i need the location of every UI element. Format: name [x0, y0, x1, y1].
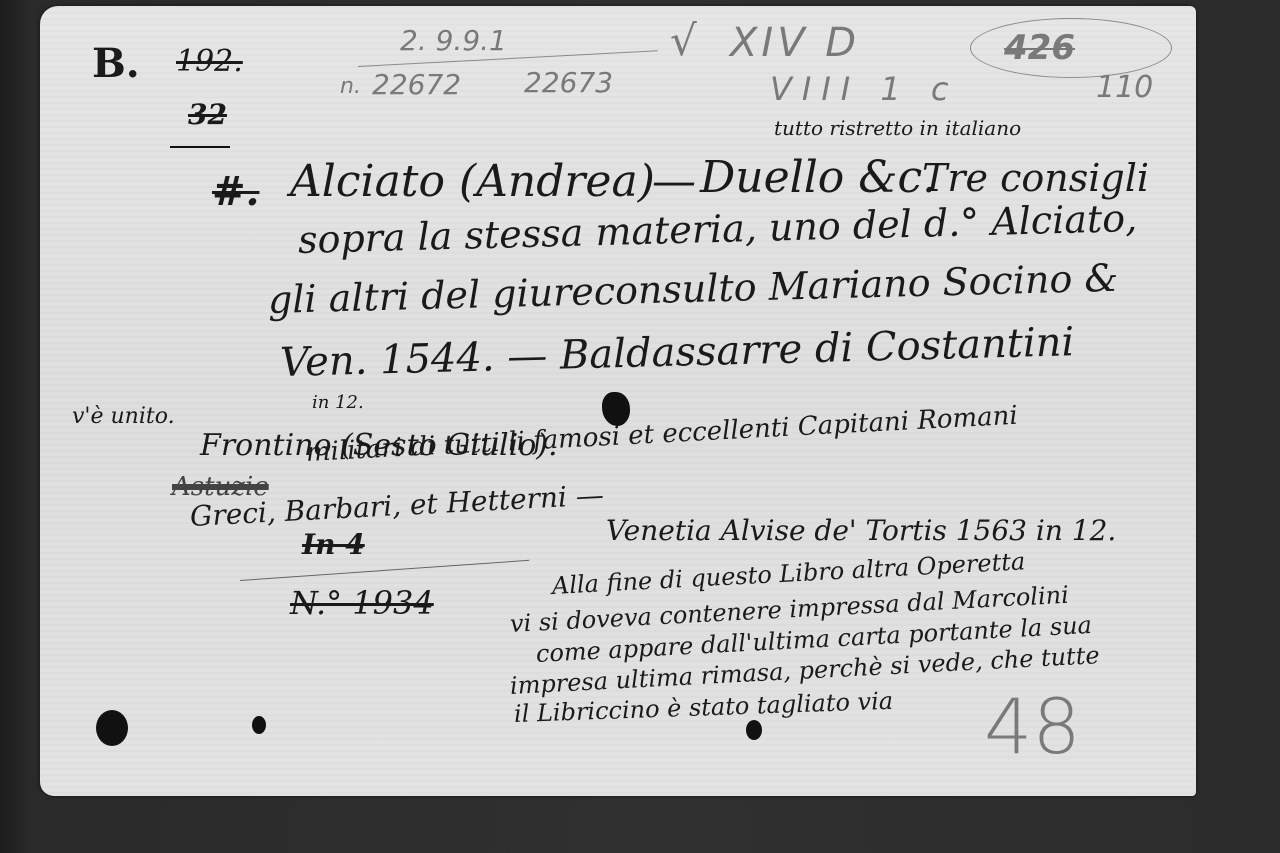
catalog-card: B. 192. 32 2. 9.9.1 n. 22672 22673 √ XIV…	[40, 6, 1196, 796]
margin-note: v'è unito.	[72, 404, 175, 429]
shelfmark-struck-sub: 32	[188, 98, 227, 131]
pencil-fraction-a: 22672	[372, 68, 461, 101]
pencil-roman-bottom: VIII 1 c	[770, 70, 959, 108]
entry-1-dash: —	[652, 156, 696, 207]
pencil-circled-struck: 426	[1004, 28, 1075, 68]
punch-hole-large	[96, 710, 128, 746]
entry-2-imprint: Venetia Alvise de' Tortis 1563 in 12.	[606, 514, 1116, 547]
entry-1-format: in 12.	[312, 392, 364, 413]
entry-1-marker: #.	[212, 168, 259, 215]
separator-line	[240, 560, 529, 581]
entry-1-line-1-tail: Tre consigli	[922, 156, 1149, 200]
entry-1-line-4: Ven. 1544. — Baldassarre di Costantini	[279, 319, 1074, 386]
shelfmark-struck-number: 192.	[176, 44, 243, 79]
shelfmark-underline	[170, 146, 230, 148]
entry-1-line-3: gli altri del giureconsulto Mariano Soci…	[267, 256, 1118, 322]
pencil-fraction-b: 22673	[524, 66, 613, 99]
pencil-roman-top: XIV D	[730, 20, 860, 66]
pencil-corner-number: 110	[1096, 70, 1153, 105]
pencil-fraction-prefix: n.	[340, 74, 361, 99]
entry-1-title: Duello &c.	[700, 152, 936, 203]
punch-hole-small	[252, 716, 266, 734]
shelfmark-letter: B.	[92, 40, 140, 87]
pencil-checkmark: √	[670, 16, 697, 65]
punch-hole-bottom	[746, 720, 762, 740]
pencil-large-number: 48	[984, 682, 1081, 771]
entry-2-line-1: militari di tutti li famosi et eccellent…	[305, 401, 1018, 468]
pencil-fraction-top: 2. 9.9.1	[400, 24, 507, 57]
interlinear-note: tutto ristretto in italiano	[774, 116, 1021, 140]
ink-blot	[602, 392, 630, 426]
entry-1-author: Alciato (Andrea)	[290, 156, 655, 207]
entry-3-struck-number: N.° 1934	[290, 584, 434, 622]
entry-2-struck-below: In 4	[302, 528, 365, 561]
